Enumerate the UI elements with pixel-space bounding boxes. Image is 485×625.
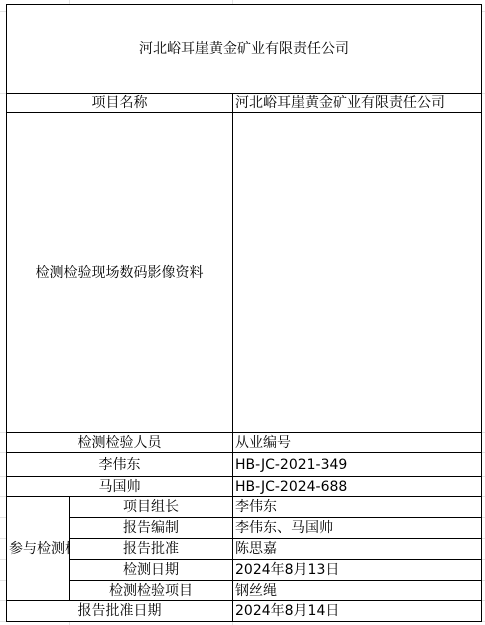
participant-role: 检测检验项目 [70,581,233,601]
participant-value: 李伟东 [233,497,482,518]
inspector-row: 马国帅 HB-JC-2024-688 [7,477,482,497]
inspector-cert-no: HB-JC-2024-688 [233,477,482,497]
participant-value: 2024年8月13日 [233,560,482,581]
participant-role: 报告编制 [70,518,233,539]
inspector-name: 李伟东 [7,453,233,477]
participants-group-label: 参与检测检验人员 [7,497,70,601]
project-name-row: 项目名称 河北峪耳崖黄金矿业有限责任公司 [7,94,482,113]
project-name-label: 项目名称 [7,94,233,113]
participant-value: 钢丝绳 [233,581,482,601]
participant-row: 检测检验项目 钢丝绳 [7,581,482,601]
participant-role: 报告批准 [70,539,233,560]
participant-value: 陈思嘉 [233,539,482,560]
participant-row: 报告批准 陈思嘉 [7,539,482,560]
cert-no-header: 从业编号 [233,433,482,453]
document-title: 河北峪耳崖黄金矿业有限责任公司 [7,5,482,94]
inspectors-header-label: 检测检验人员 [7,433,233,453]
project-name-value: 河北峪耳崖黄金矿业有限责任公司 [233,94,482,113]
inspector-row: 李伟东 HB-JC-2021-349 [7,453,482,477]
inspectors-header-row: 检测检验人员 从业编号 [7,433,482,453]
approval-date-label: 报告批准日期 [7,601,233,622]
inspection-report-table: 河北峪耳崖黄金矿业有限责任公司 项目名称 河北峪耳崖黄金矿业有限责任公司 检测检… [6,4,482,622]
participant-row: 检测日期 2024年8月13日 [7,560,482,581]
inspector-cert-no: HB-JC-2021-349 [233,453,482,477]
participant-role: 检测日期 [70,560,233,581]
approval-date-value: 2024年8月14日 [233,601,482,622]
photo-area [233,113,482,433]
participant-row: 参与检测检验人员 项目组长 李伟东 [7,497,482,518]
photo-section-row: 检测检验现场数码影像资料 [7,113,482,433]
participant-value: 李伟东、马国帅 [233,518,482,539]
participant-row: 报告编制 李伟东、马国帅 [7,518,482,539]
photo-section-label: 检测检验现场数码影像资料 [7,113,233,433]
approval-date-row: 报告批准日期 2024年8月14日 [7,601,482,622]
inspector-name: 马国帅 [7,477,233,497]
participant-role: 项目组长 [70,497,233,518]
title-row: 河北峪耳崖黄金矿业有限责任公司 [7,5,482,94]
